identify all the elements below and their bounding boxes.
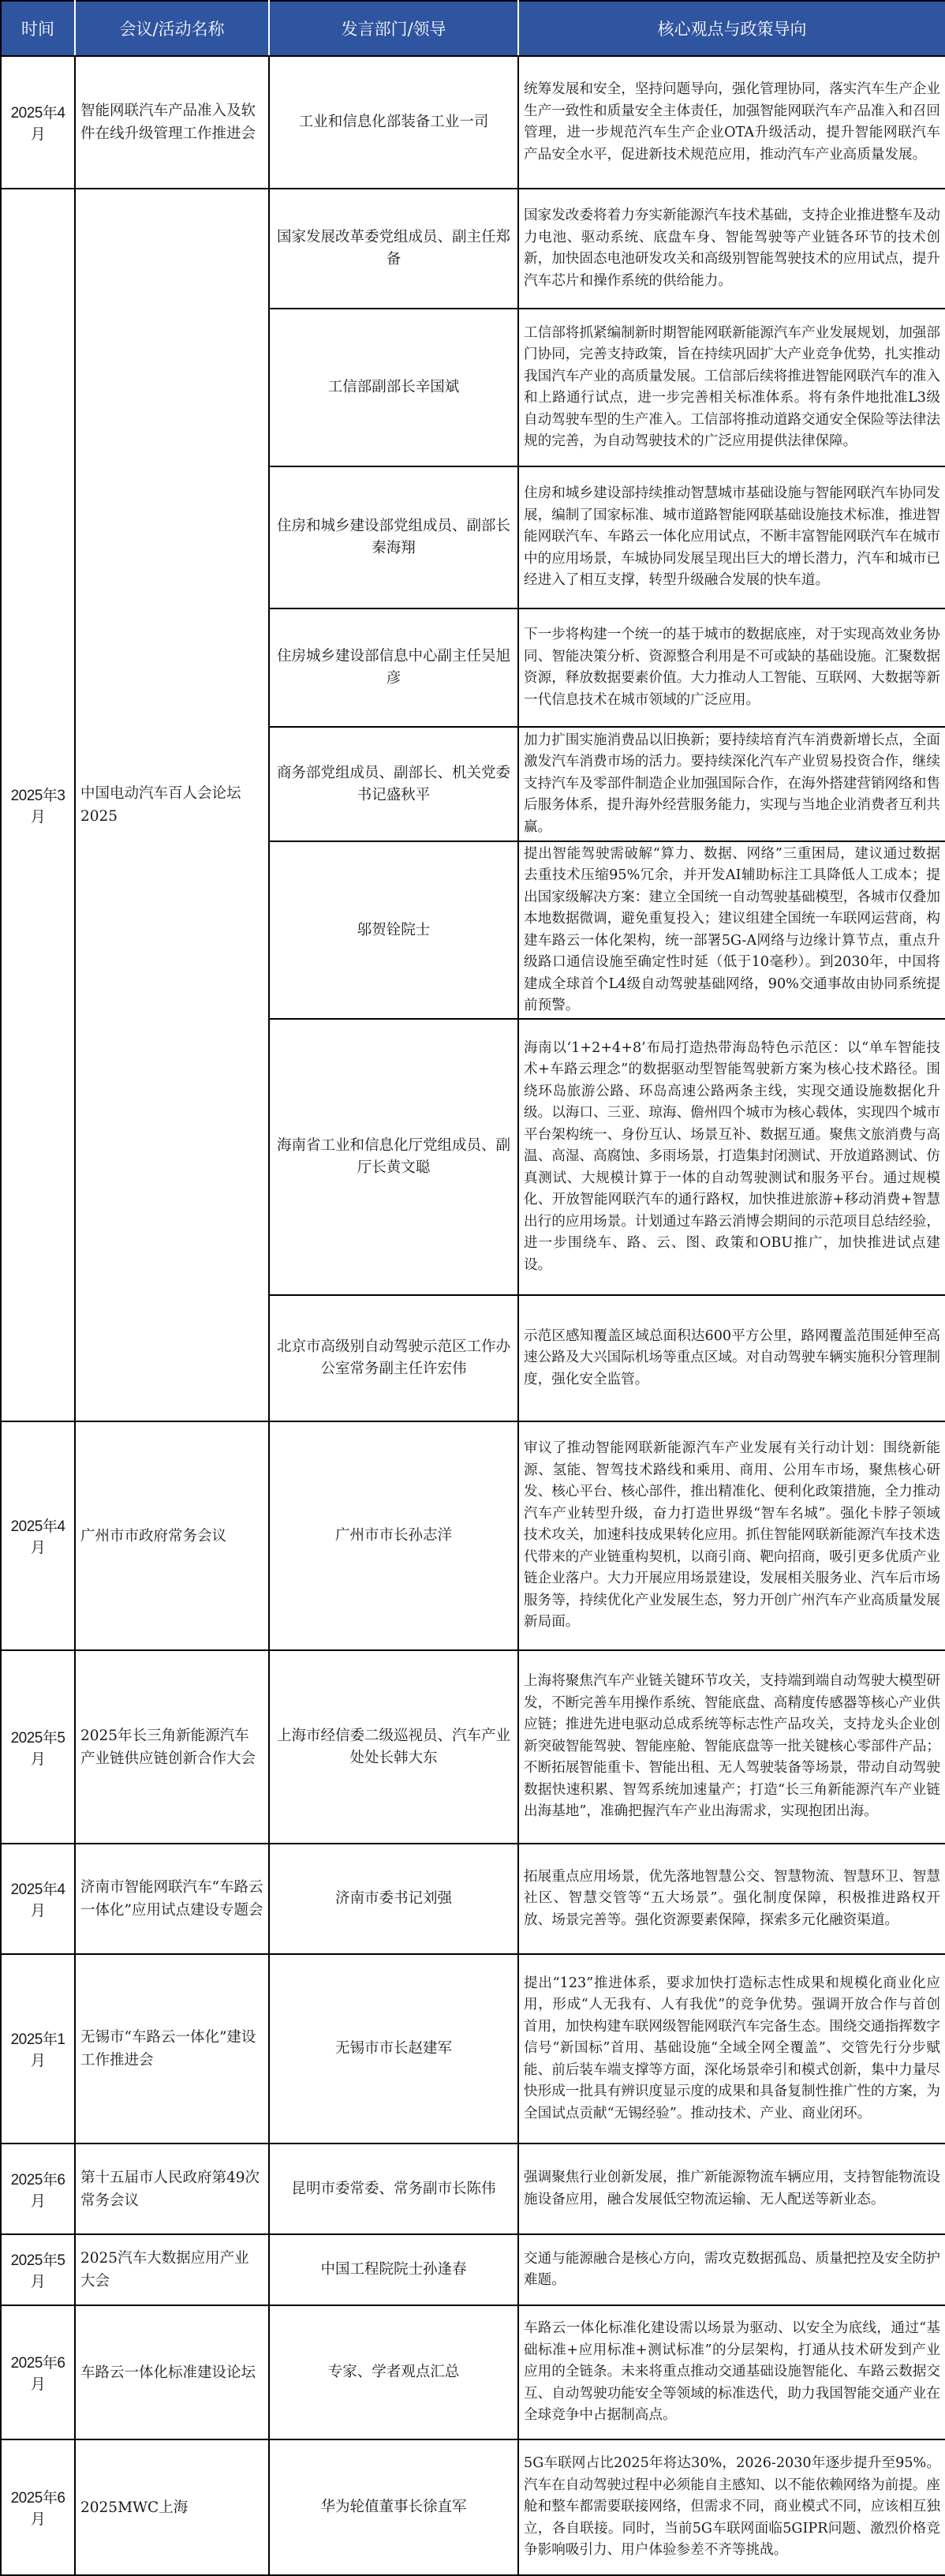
policy-table: 时间 会议/活动名称 发言部门/领导 核心观点与政策导向 2025年4月 智能网… <box>0 0 945 2576</box>
cell-speaker: 邬贺铨院士 <box>269 841 518 1019</box>
cell-viewpoint: 强调聚焦行业创新发展，推广新能源物流车辆应用，支持智能物流设施设备应用，融合发展… <box>518 2144 945 2234</box>
cell-viewpoint: 审议了推动智能网联新能源汽车产业发展有关行动计划：围绕新能源、氢能、智驾技术路线… <box>518 1421 945 1650</box>
cell-speaker: 中国工程院院士孙逢春 <box>269 2234 518 2305</box>
cell-viewpoint: 国家发改委将着力夯实新能源汽车技术基础，支持企业推进整车及动力电池、驱动系统、底… <box>518 189 945 309</box>
cell-viewpoint: 示范区感知覆盖区域总面积达600平方公里，路网覆盖范围延伸至高速公路及大兴国际机… <box>518 1295 945 1421</box>
cell-time: 2025年4月 <box>1 1844 75 1954</box>
cell-speaker: 住房城乡建设部信息中心副主任吴旭彦 <box>269 608 518 727</box>
cell-speaker: 上海市经信委二级巡视员、汽车产业处处长韩大东 <box>269 1650 518 1844</box>
table-row: 2025年6月 第十五届市人民政府第49次常务会议 昆明市委常委、常务副市长陈伟… <box>1 2144 945 2234</box>
cell-speaker: 昆明市委常委、常务副市长陈伟 <box>269 2144 518 2234</box>
cell-time: 2025年5月 <box>1 1650 75 1844</box>
cell-viewpoint: 海南以‘1+2+4+8’布局打造热带海岛特色示范区：以“单车智能技术+车路云理念… <box>518 1019 945 1295</box>
table-row: 2025年4月 智能网联汽车产品准入及软件在线升级管理工作推进会 工业和信息化部… <box>1 56 945 189</box>
cell-viewpoint: 5G车联网占比2025年将达30%，2026-2030年逐步提升至95%。汽车在… <box>518 2439 945 2575</box>
cell-event: 第十五届市人民政府第49次常务会议 <box>75 2144 269 2234</box>
cell-viewpoint: 加力扩围实施消费品以旧换新；要持续培育汽车消费新增长点，全面激发汽车消费市场的活… <box>518 727 945 841</box>
cell-event: 无锡市“车路云一体化”建设工作推进会 <box>75 1954 269 2144</box>
column-header-viewpoint: 核心观点与政策导向 <box>518 1 945 56</box>
cell-time: 2025年6月 <box>1 2439 75 2575</box>
cell-time: 2025年4月 <box>1 56 75 189</box>
cell-time: 2025年6月 <box>1 2144 75 2234</box>
cell-viewpoint: 提出智能驾驶需破解“算力、数据、网络”三重困局，建议通过数据去重技术压缩95%冗… <box>518 841 945 1019</box>
cell-speaker: 无锡市市长赵建军 <box>269 1954 518 2144</box>
cell-event: 2025汽车大数据应用产业大会 <box>75 2234 269 2305</box>
cell-event: 智能网联汽车产品准入及软件在线升级管理工作推进会 <box>75 56 269 189</box>
cell-event: 车路云一体化标准建设论坛 <box>75 2305 269 2439</box>
cell-viewpoint: 上海将聚焦汽车产业链关键环节攻关，支持端到端自动驾驶大模型研发，不断完善车用操作… <box>518 1650 945 1844</box>
cell-speaker: 广州市市长孙志洋 <box>269 1421 518 1650</box>
cell-time: 2025年6月 <box>1 2305 75 2439</box>
cell-speaker: 工信部副部长辛国斌 <box>269 309 518 466</box>
cell-viewpoint: 提出“123”推进体系，要求加快打造标志性成果和规模化商业化应用，形成“人无我有… <box>518 1954 945 2144</box>
cell-viewpoint: 统筹发展和安全，坚持问题导向，强化管理协同，落实汽车生产企业生产一致性和质量安全… <box>518 56 945 189</box>
cell-time: 2025年1月 <box>1 1954 75 2144</box>
cell-speaker: 海南省工业和信息化厅党组成员、副厅长黄文聪 <box>269 1019 518 1295</box>
cell-speaker: 商务部党组成员、副部长、机关党委书记盛秋平 <box>269 727 518 841</box>
cell-event: 济南市智能网联汽车“车路云一体化”应用试点建设专题会 <box>75 1844 269 1954</box>
cell-time: 2025年5月 <box>1 2234 75 2305</box>
cell-event: 广州市市政府常务会议 <box>75 1421 269 1650</box>
cell-viewpoint: 工信部将抓紧编制新时期智能网联新能源汽车产业发展规划，加强部门协同，完善支持政策… <box>518 309 945 466</box>
cell-viewpoint: 住房和城乡建设部持续推动智慧城市基础设施与智能网联汽车协同发展，编制了国家标准、… <box>518 466 945 608</box>
cell-time: 2025年4月 <box>1 1421 75 1650</box>
cell-speaker: 华为轮值董事长徐直军 <box>269 2439 518 2575</box>
table-row: 2025年1月 无锡市“车路云一体化”建设工作推进会 无锡市市长赵建军 提出“1… <box>1 1954 945 2144</box>
cell-event: 中国电动汽车百人会论坛2025 <box>75 189 269 1421</box>
table-row: 2025年4月 广州市市政府常务会议 广州市市长孙志洋 审议了推动智能网联新能源… <box>1 1421 945 1650</box>
cell-viewpoint: 拓展重点应用场景，优先落地智慧公交、智慧物流、智慧环卫、智慧社区、智慧交管等“五… <box>518 1844 945 1954</box>
table-row: 2025年5月 2025汽车大数据应用产业大会 中国工程院院士孙逢春 交通与能源… <box>1 2234 945 2305</box>
table-row: 2025年3月 中国电动汽车百人会论坛2025 国家发展改革委党组成员、副主任郑… <box>1 189 945 309</box>
cell-event: 2025年长三角新能源汽车产业链供应链创新合作大会 <box>75 1650 269 1844</box>
cell-speaker: 专家、学者观点汇总 <box>269 2305 518 2439</box>
table-row: 2025年5月 2025年长三角新能源汽车产业链供应链创新合作大会 上海市经信委… <box>1 1650 945 1844</box>
table-row: 2025年4月 济南市智能网联汽车“车路云一体化”应用试点建设专题会 济南市委书… <box>1 1844 945 1954</box>
column-header-event: 会议/活动名称 <box>75 1 269 56</box>
cell-viewpoint: 交通与能源融合是核心方向，需攻克数据孤岛、质量把控及安全防护难题。 <box>518 2234 945 2305</box>
cell-speaker: 工业和信息化部装备工业一司 <box>269 56 518 189</box>
cell-speaker: 住房和城乡建设部党组成员、副部长秦海翔 <box>269 466 518 608</box>
table-row: 2025年6月 车路云一体化标准建设论坛 专家、学者观点汇总 车路云一体化标准化… <box>1 2305 945 2439</box>
table-header-row: 时间 会议/活动名称 发言部门/领导 核心观点与政策导向 <box>1 1 945 56</box>
cell-time: 2025年3月 <box>1 189 75 1421</box>
cell-viewpoint: 下一步将构建一个统一的基于城市的数据底座，对于实现高效业务协同、智能决策分析、资… <box>518 608 945 727</box>
column-header-speaker: 发言部门/领导 <box>269 1 518 56</box>
cell-speaker: 北京市高级别自动驾驶示范区工作办公室常务副主任许宏伟 <box>269 1295 518 1421</box>
cell-viewpoint: 车路云一体化标准化建设需以场景为驱动、以安全为底线，通过“基础标准+应用标准+测… <box>518 2305 945 2439</box>
cell-event: 2025MWC上海 <box>75 2439 269 2575</box>
cell-speaker: 国家发展改革委党组成员、副主任郑备 <box>269 189 518 309</box>
table-row: 2025年6月 2025MWC上海 华为轮值董事长徐直军 5G车联网占比2025… <box>1 2439 945 2575</box>
column-header-time: 时间 <box>1 1 75 56</box>
cell-speaker: 济南市委书记刘强 <box>269 1844 518 1954</box>
